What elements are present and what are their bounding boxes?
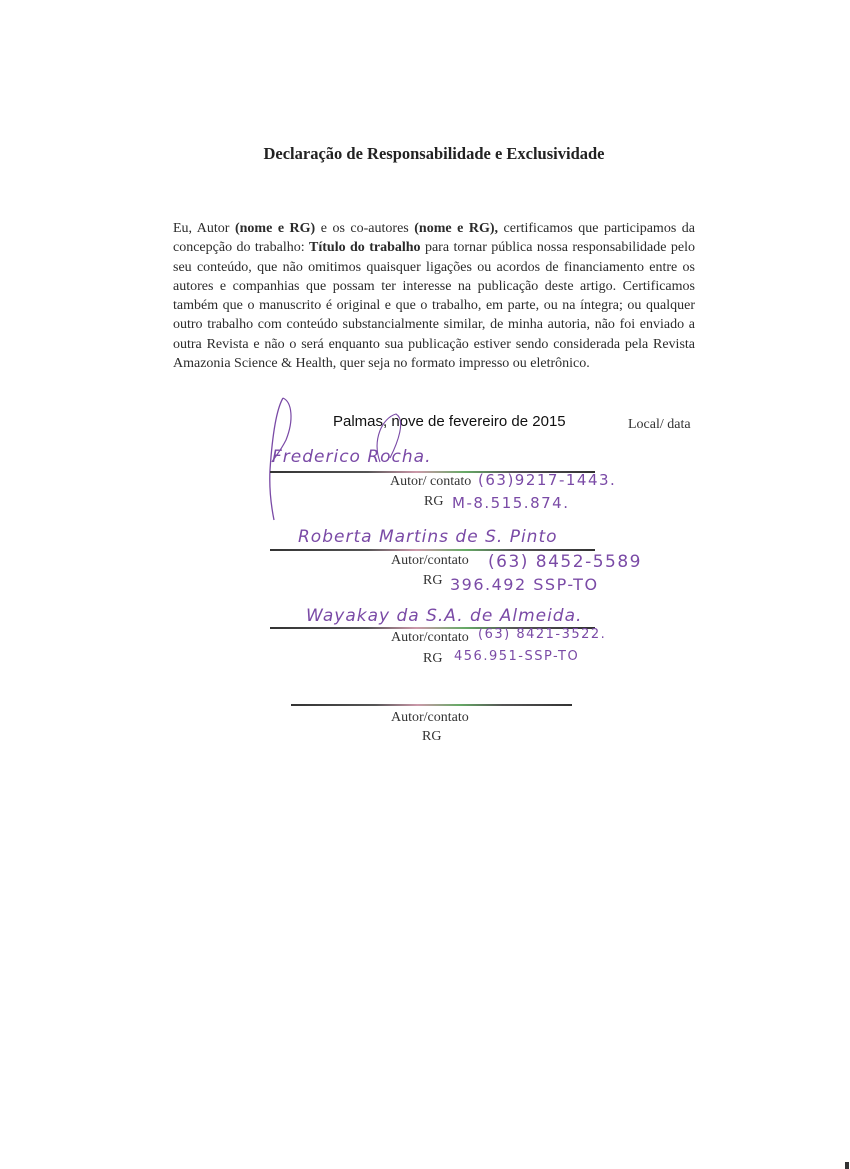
rg-label-3: RG	[423, 651, 442, 667]
signature-line-2	[270, 549, 595, 551]
declaration-page: Declaração de Responsabilidade e Exclusi…	[0, 0, 850, 1169]
contact-value-3: (63) 8421-3522.	[478, 627, 606, 642]
signature-line-4	[291, 704, 572, 706]
contact-label-1: Autor/ contato	[390, 474, 471, 490]
contact-label-4: Autor/contato	[391, 710, 469, 726]
signature-3: Wayakay da S.A. de Almeida.	[306, 606, 582, 626]
rg-label-1: RG	[424, 494, 443, 510]
signature-1: Frederico Rocha.	[272, 447, 432, 467]
contact-value-1: (63)9217-1443.	[478, 471, 616, 489]
rg-label-4: RG	[422, 729, 441, 745]
contact-value-2: (63) 8452-5589	[488, 552, 642, 572]
rg-value-1: M-8.515.874.	[452, 494, 569, 512]
rg-value-3: 456.951-SSP-TO	[454, 649, 579, 664]
scan-artifact	[845, 1162, 849, 1169]
signature-2: Roberta Martins de S. Pinto	[298, 527, 558, 547]
contact-label-2: Autor/contato	[391, 553, 469, 569]
rg-label-2: RG	[423, 573, 442, 589]
contact-label-3: Autor/contato	[391, 630, 469, 646]
signature-flourish-icon	[0, 0, 850, 600]
rg-value-2: 396.492 SSP-TO	[450, 575, 599, 594]
